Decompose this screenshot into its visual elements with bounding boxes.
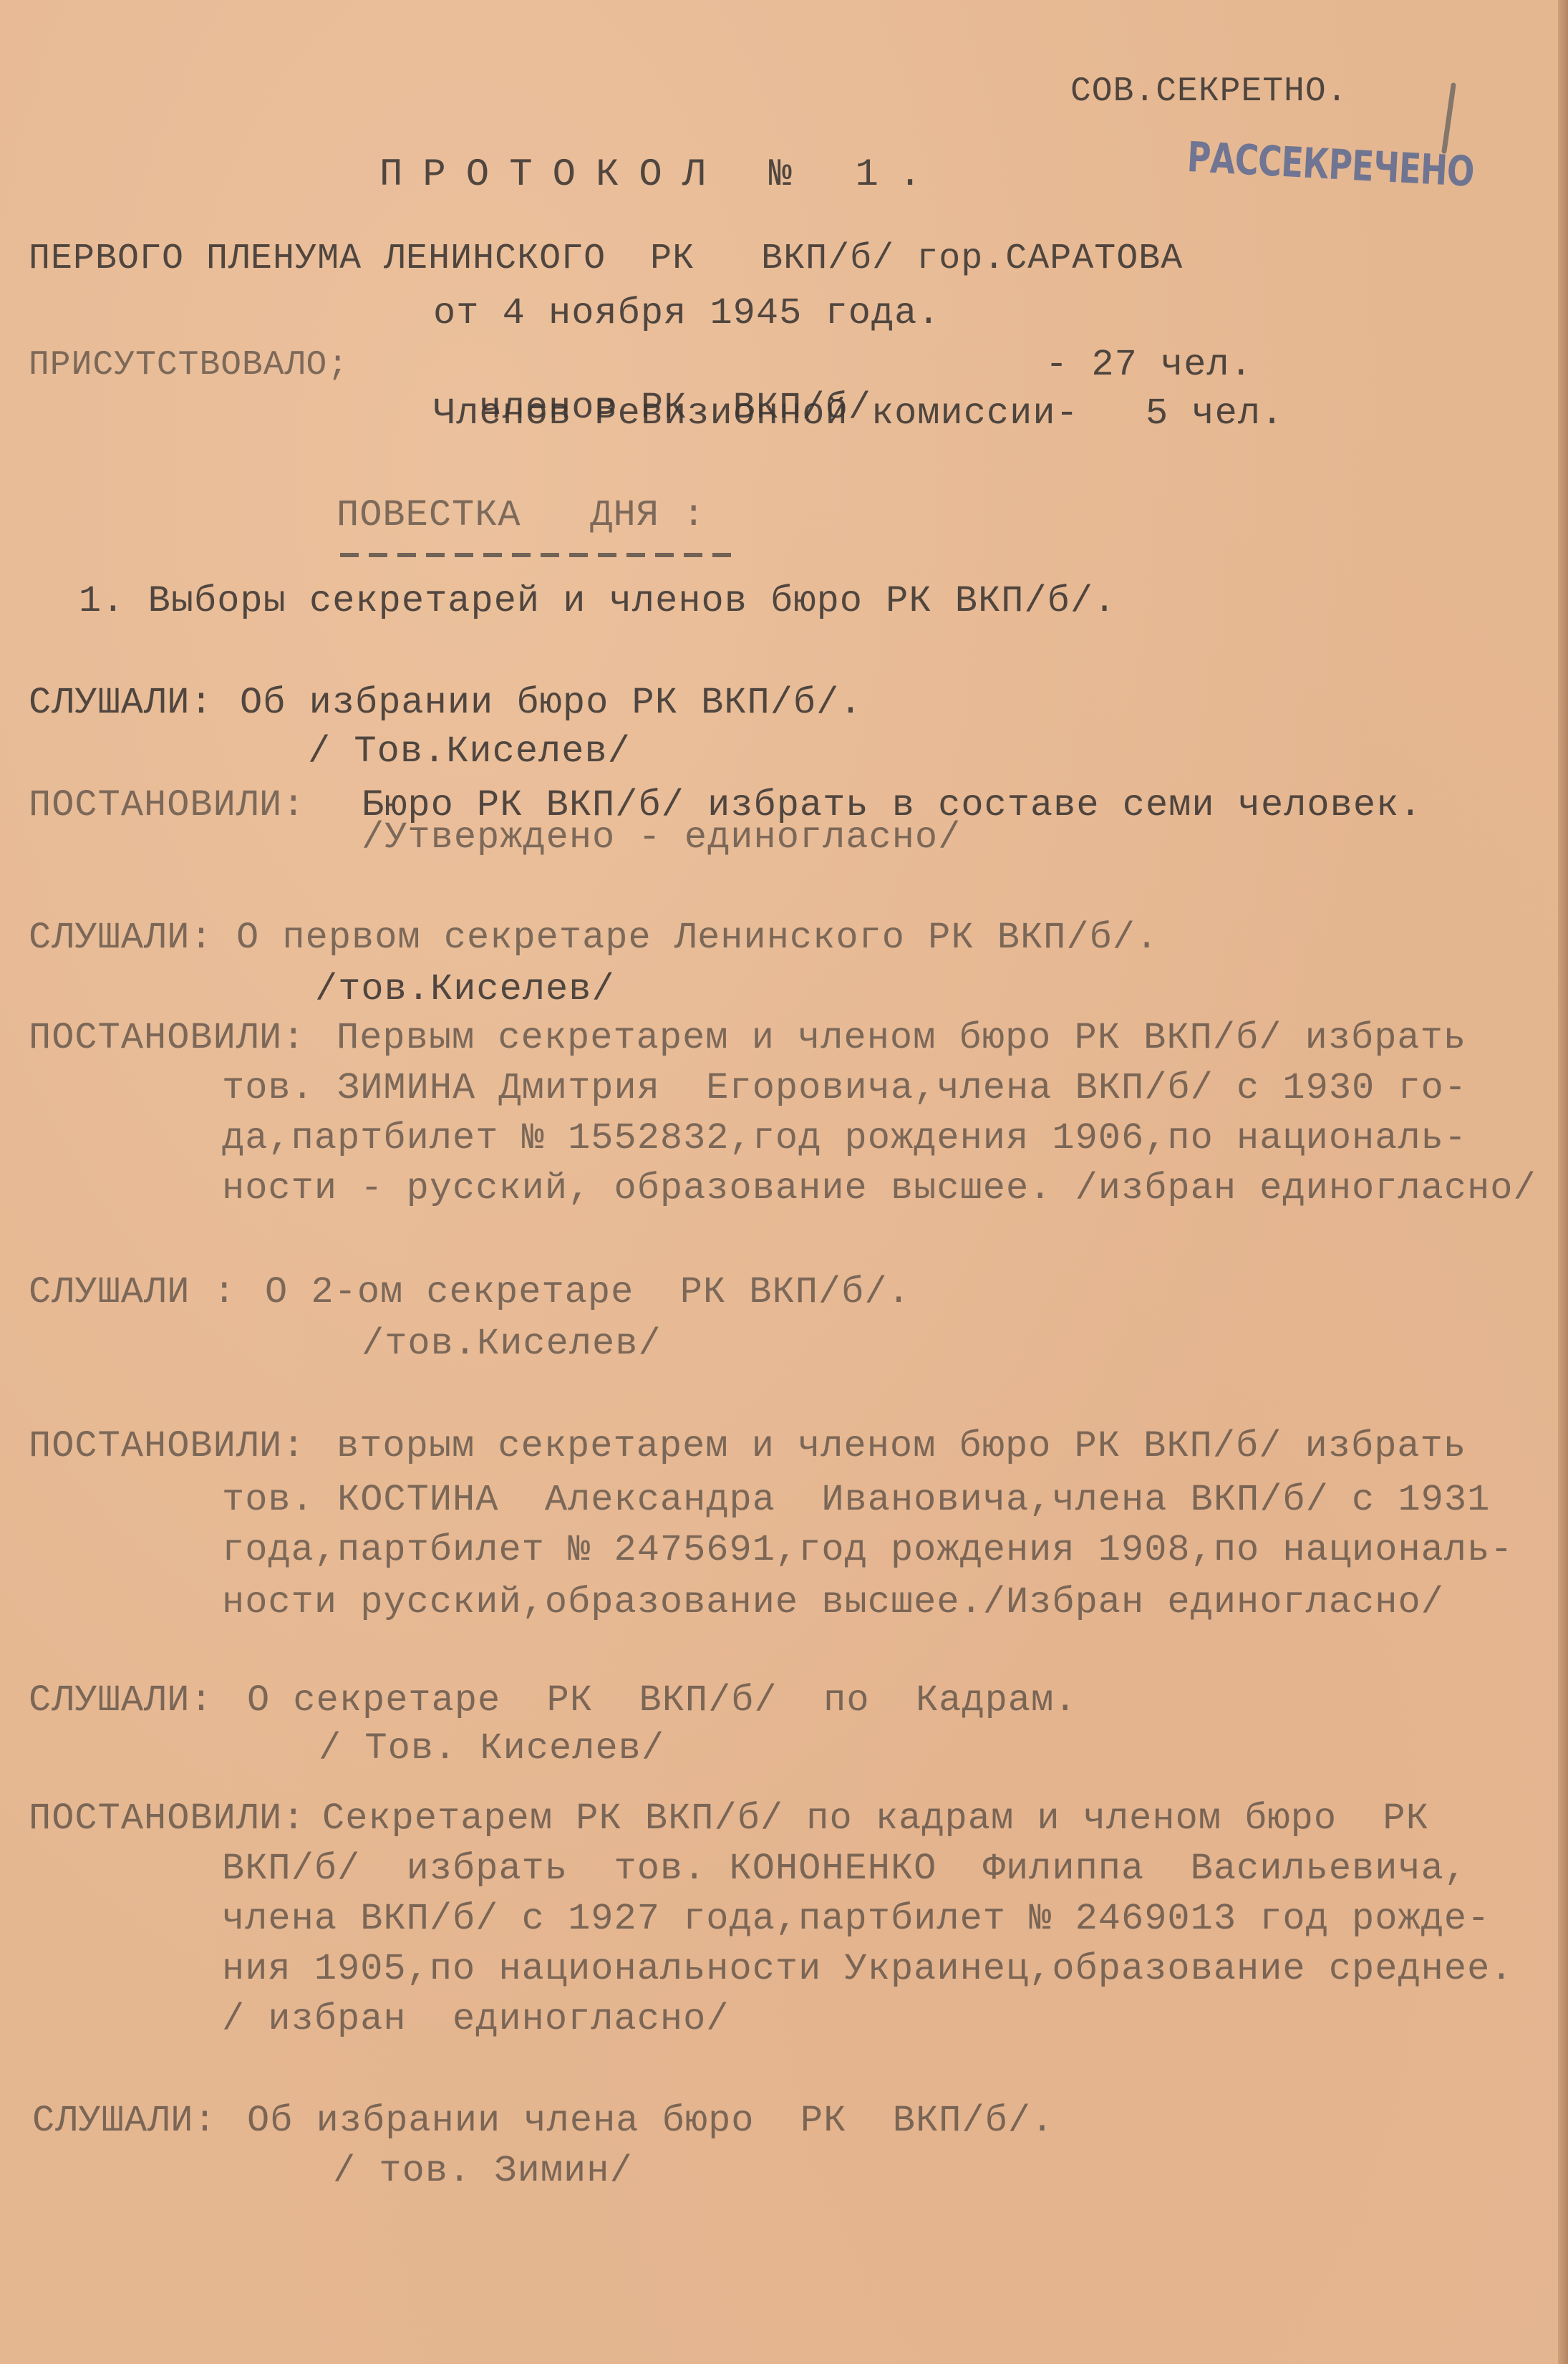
resolved-line-2-2: тов. ЗИМИНА Дмитрия Егоровича,члена ВКП/… — [222, 1067, 1467, 1110]
attendance-row-audit: Членов Ревизионной комиссии- — [433, 392, 1079, 435]
meeting-date: от 4 ноября 1945 года. — [433, 292, 941, 335]
agenda-heading: ПОВЕСТКА ДНЯ : — [337, 494, 705, 537]
speaker-3: /тов.Киселев/ — [362, 1323, 662, 1366]
heard-text-1: Об избрании бюро РК ВКП/б/. — [240, 682, 863, 725]
resolved-line-4-2: ВКП/б/ избрать тов. КОНОНЕНКО Филиппа Ва… — [222, 1848, 1467, 1891]
speaker-2: /тов.Киселев/ — [315, 968, 615, 1011]
protocol-title: ПРОТОКОЛ № 1. — [379, 154, 942, 197]
heard-text-2: О первом секретаре Ленинского РК ВКП/б/. — [236, 917, 1158, 960]
resolved-label-1: ПОСТАНОВИЛИ: — [29, 784, 305, 827]
heard-label-1: СЛУШАЛИ: — [29, 682, 213, 725]
resolved-line-3-2: тов. КОСТИНА Александра Ивановича,члена … — [222, 1479, 1490, 1522]
plenum-title: ПЕРВОГО ПЛЕНУМА ЛЕНИНСКОГО РК ВКП/б/ гор… — [29, 238, 1183, 281]
speaker-4: / Тов. Киселев/ — [319, 1727, 664, 1770]
resolved-line-3-1: вторым секретарем и членом бюро РК ВКП/б… — [337, 1425, 1466, 1468]
resolved-line-3-4: ности русский,образование высшее./Избран… — [222, 1581, 1444, 1624]
attendance-row-members-count: - 27 чел. — [1045, 344, 1253, 387]
resolved-line-1-2: /Утверждено - единогласно/ — [362, 816, 961, 859]
resolved-line-4-5: / избран единогласно/ — [222, 1998, 730, 2041]
resolved-line-2-3: да,партбилет № 1552832,год рождения 1906… — [222, 1117, 1467, 1160]
agenda-item-1: 1. Выборы секретарей и членов бюро РК ВК… — [79, 580, 1116, 623]
resolved-label-3: ПОСТАНОВИЛИ: — [29, 1425, 305, 1468]
resolved-label-2: ПОСТАНОВИЛИ: — [29, 1017, 305, 1060]
heard-text-3: О 2-ом секретаре РК ВКП/б/. — [265, 1271, 911, 1314]
heard-label-4: СЛУШАЛИ: — [29, 1679, 213, 1722]
attendance-row-audit-count: 5 чел. — [1146, 392, 1284, 435]
page-edge — [1558, 0, 1568, 2364]
resolved-label-4: ПОСТАНОВИЛИ: — [29, 1798, 305, 1840]
resolved-line-4-3: члена ВКП/б/ с 1927 года,партбилет № 246… — [222, 1898, 1490, 1941]
heard-text-4: О секретаре РК ВКП/б/ по Кадрам. — [247, 1679, 1077, 1722]
attendance-label: ПРИСУТСТВОВАЛО; — [29, 344, 349, 387]
resolved-line-4-1: Секретарем РК ВКП/б/ по кадрам и членом … — [322, 1798, 1429, 1840]
classification-mark: СОВ.СЕКРЕТНО. — [1070, 70, 1347, 113]
heard-label-3: СЛУШАЛИ : — [29, 1271, 236, 1314]
heard-label-5: СЛУШАЛИ: — [32, 2100, 217, 2143]
agenda-underline — [340, 553, 737, 557]
resolved-line-3-3: года,партбилет № 2475691,год рождения 19… — [222, 1529, 1513, 1572]
heard-label-2: СЛУШАЛИ: — [29, 917, 213, 960]
speaker-1: / Тов.Киселев/ — [308, 730, 631, 773]
resolved-line-2-1: Первым секретарем и членом бюро РК ВКП/б… — [337, 1017, 1466, 1060]
resolved-line-2-4: ности - русский, образование высшее. /из… — [222, 1167, 1536, 1210]
speaker-5: / тов. Зимин/ — [333, 2150, 633, 2193]
resolved-line-4-4: ния 1905,по национальности Украинец,обра… — [222, 1948, 1513, 1991]
heard-text-5: Об избрании члена бюро РК ВКП/б/. — [247, 2100, 1054, 2143]
